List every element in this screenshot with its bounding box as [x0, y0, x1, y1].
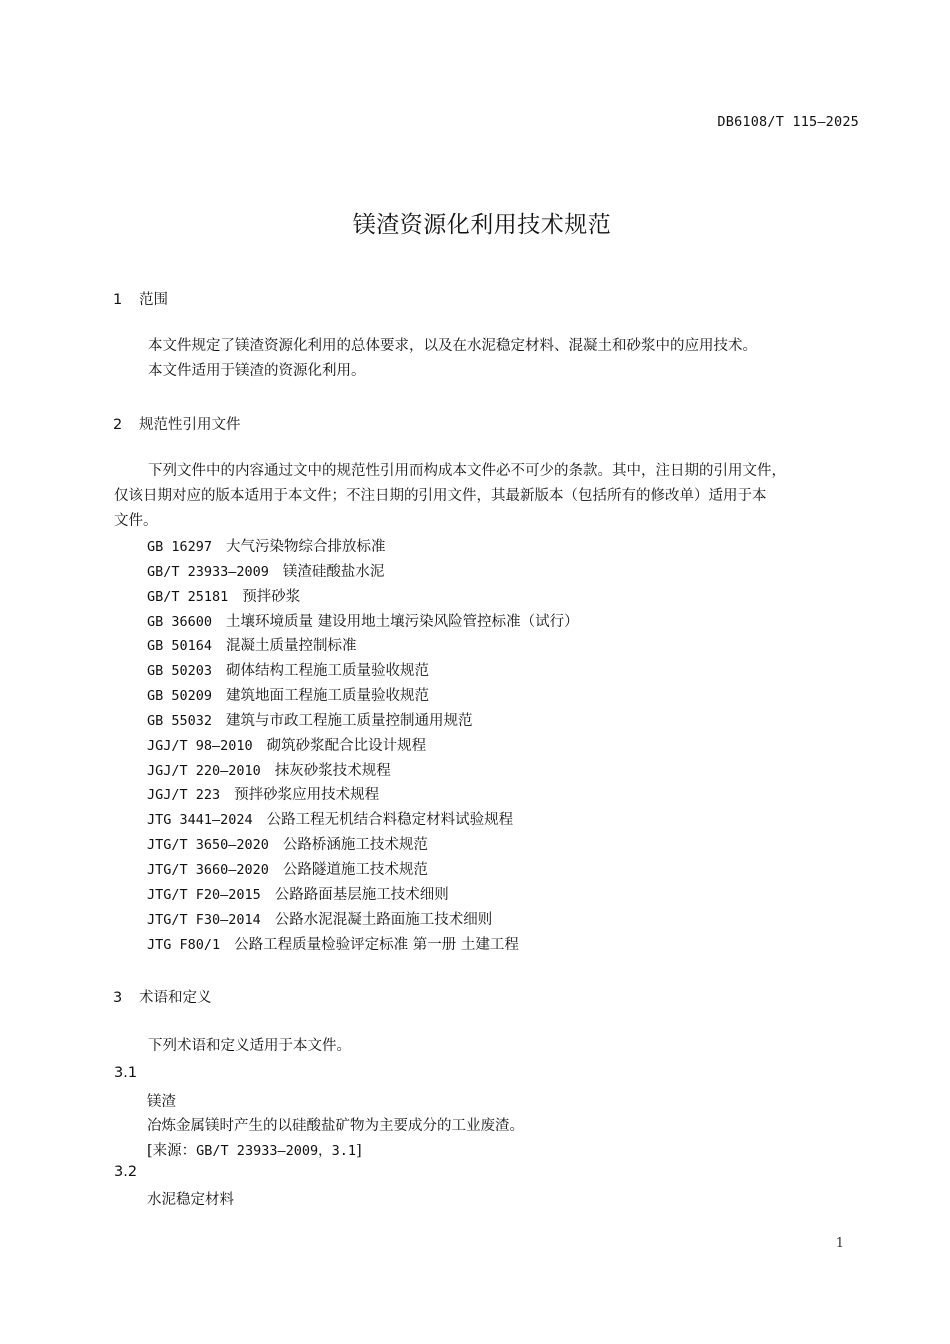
reference-name: 公路隧道施工技术规范	[283, 862, 428, 878]
term-number: 3.1	[114, 1065, 137, 1081]
document-page: DB6108/T 115—2025 镁渣资源化利用技术规范 1范围 本文件规定了…	[0, 0, 950, 1344]
reference-code: GB 55032	[147, 713, 212, 729]
section-1-heading: 1范围	[113, 288, 168, 309]
source-suffix: ]	[356, 1143, 362, 1159]
reference-name: 镁渣硅酸盐水泥	[283, 564, 385, 580]
reference-code: GB 50203	[147, 663, 212, 679]
reference-name: 公路桥涵施工技术规范	[283, 837, 428, 853]
text-line: 文件。	[114, 509, 860, 534]
reference-name: 公路路面基层施工技术细则	[275, 887, 449, 903]
section-number: 3	[113, 990, 139, 1006]
reference-code: JTG 3441—2024	[147, 812, 253, 828]
reference-name: 公路工程无机结合料稳定材料试验规程	[267, 812, 514, 828]
section-title: 术语和定义	[139, 990, 212, 1006]
text-line: 下列文件中的内容通过文中的规范性引用而构成本文件必不可少的条款。其中，注日期的引…	[114, 459, 860, 484]
reference-name: 公路工程质量检验评定标准 第一册 土建工程	[234, 937, 519, 953]
source-prefix: [来源：	[147, 1143, 196, 1159]
text-line: 下列术语和定义适用于本文件。	[114, 1034, 860, 1059]
reference-name: 砌体结构工程施工质量验收规范	[226, 663, 429, 679]
reference-item: JTG/T F20—2015公路路面基层施工技术细则	[147, 883, 579, 908]
reference-name: 抹灰砂浆技术规程	[275, 763, 391, 779]
reference-name: 建筑地面工程施工质量验收规范	[226, 688, 429, 704]
reference-code: GB 36600	[147, 614, 212, 630]
reference-code: GB/T 23933—2009	[147, 564, 269, 580]
text-line: 仅该日期对应的版本适用于本文件；不注日期的引用文件，其最新版本（包括所有的修改单…	[114, 484, 860, 509]
reference-item: JGJ/T 220—2010抹灰砂浆技术规程	[147, 759, 579, 784]
section-3-heading: 3术语和定义	[113, 986, 212, 1007]
reference-item: JGJ/T 98—2010砌筑砂浆配合比设计规程	[147, 734, 579, 759]
term-definition: 冶炼金属镁时产生的以硅酸盐矿物为主要成分的工业废渣。	[147, 1114, 524, 1135]
reference-name: 预拌砂浆应用技术规程	[234, 787, 379, 803]
reference-name: 土壤环境质量 建设用地土壤污染风险管控标准（试行）	[226, 614, 579, 630]
reference-name: 建筑与市政工程施工质量控制通用规范	[226, 713, 473, 729]
section-title: 范围	[139, 292, 168, 308]
source-code: GB/T 23933—2009，3.1	[196, 1143, 356, 1159]
reference-code: JTG F80/1	[147, 937, 220, 953]
reference-item: JTG 3441—2024公路工程无机结合料稳定材料试验规程	[147, 808, 579, 833]
reference-item: JTG/T 3650—2020公路桥涵施工技术规范	[147, 833, 579, 858]
reference-item: JTG F80/1公路工程质量检验评定标准 第一册 土建工程	[147, 933, 579, 958]
reference-item: GB 50203砌体结构工程施工质量验收规范	[147, 659, 579, 684]
reference-item: GB 50209建筑地面工程施工质量验收规范	[147, 684, 579, 709]
reference-item: GB/T 25181预拌砂浆	[147, 585, 579, 610]
reference-item: JTG/T 3660—2020公路隧道施工技术规范	[147, 858, 579, 883]
reference-code: JGJ/T 220—2010	[147, 763, 261, 779]
reference-item: GB 36600土壤环境质量 建设用地土壤污染风险管控标准（试行）	[147, 610, 579, 635]
reference-code: GB/T 25181	[147, 589, 228, 605]
page-number: 1	[836, 1236, 844, 1251]
term-source: [来源：GB/T 23933—2009，3.1]	[147, 1139, 362, 1160]
reference-code: JTG/T F20—2015	[147, 887, 261, 903]
reference-code: JGJ/T 98—2010	[147, 738, 253, 754]
normative-refs-intro: 下列文件中的内容通过文中的规范性引用而构成本文件必不可少的条款。其中，注日期的引…	[114, 459, 860, 534]
term-name: 镁渣	[147, 1090, 176, 1111]
reference-item: GB 50164混凝土质量控制标准	[147, 634, 579, 659]
terms-intro: 下列术语和定义适用于本文件。	[114, 1034, 860, 1059]
reference-code: GB 50209	[147, 688, 212, 704]
text-line: 本文件规定了镁渣资源化利用的总体要求，以及在水泥稳定材料、混凝土和砂浆中的应用技…	[114, 334, 860, 359]
text-line: 本文件适用于镁渣的资源化利用。	[114, 359, 860, 384]
reference-name: 大气污染物综合排放标准	[226, 539, 386, 555]
section-number: 1	[113, 292, 139, 308]
section-2-heading: 2规范性引用文件	[113, 413, 241, 434]
reference-item: JGJ/T 223预拌砂浆应用技术规程	[147, 783, 579, 808]
reference-name: 公路水泥混凝土路面施工技术细则	[275, 912, 493, 928]
document-title: 镁渣资源化利用技术规范	[0, 206, 950, 239]
reference-name: 混凝土质量控制标准	[226, 638, 357, 654]
reference-item: GB/T 23933—2009镁渣硅酸盐水泥	[147, 560, 579, 585]
reference-code: JGJ/T 223	[147, 787, 220, 803]
term-name: 水泥稳定材料	[147, 1188, 234, 1209]
section-title: 规范性引用文件	[139, 417, 241, 433]
reference-item: JTG/T F30—2014公路水泥混凝土路面施工技术细则	[147, 908, 579, 933]
reference-name: 砌筑砂浆配合比设计规程	[267, 738, 427, 754]
reference-item: GB 55032建筑与市政工程施工质量控制通用规范	[147, 709, 579, 734]
reference-name: 预拌砂浆	[242, 589, 300, 605]
reference-code: JTG/T 3650—2020	[147, 837, 269, 853]
reference-code: JTG/T 3660—2020	[147, 862, 269, 878]
term-number: 3.2	[114, 1164, 137, 1180]
document-code: DB6108/T 115—2025	[717, 114, 859, 130]
reference-list: GB 16297大气污染物综合排放标准 GB/T 23933—2009镁渣硅酸盐…	[147, 535, 579, 957]
section-number: 2	[113, 417, 139, 433]
reference-code: JTG/T F30—2014	[147, 912, 261, 928]
reference-code: GB 16297	[147, 539, 212, 555]
reference-code: GB 50164	[147, 638, 212, 654]
scope-paragraph: 本文件规定了镁渣资源化利用的总体要求，以及在水泥稳定材料、混凝土和砂浆中的应用技…	[114, 334, 860, 384]
reference-item: GB 16297大气污染物综合排放标准	[147, 535, 579, 560]
